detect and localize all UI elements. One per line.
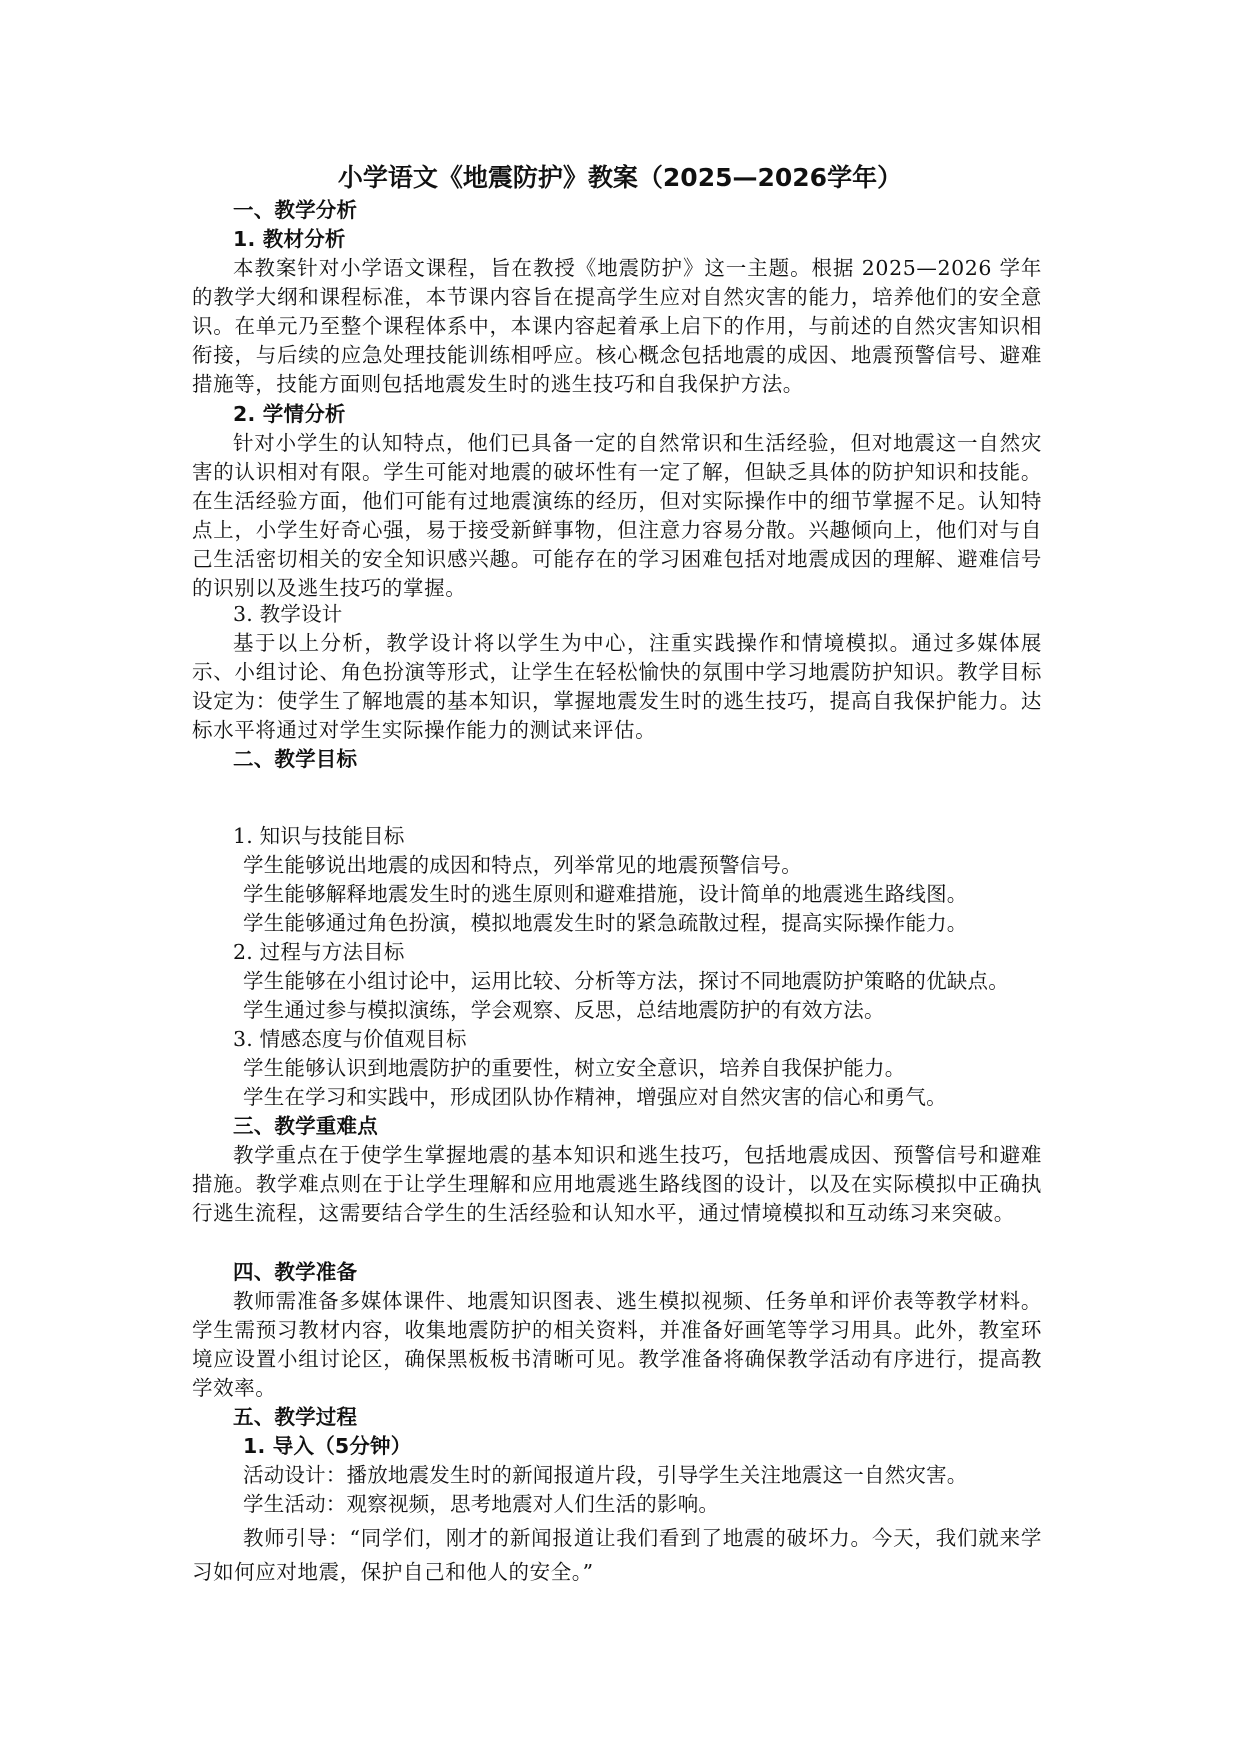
paragraph-preparation: 教师需准备多媒体课件、地震知识图表、逃生模拟视频、任务单和评价表等教学材料。学生…: [192, 1287, 1042, 1403]
objective-heading-process: 2. 过程与方法目标: [233, 938, 405, 966]
objective-item: 学生能够通过角色扮演，模拟地震发生时的紧急疏散过程，提高实际操作能力。: [243, 909, 968, 937]
paragraph-student-analysis: 针对小学生的认知特点，他们已具备一定的自然常识和生活经验，但对地震这一自然灾害的…: [192, 429, 1042, 603]
section-heading-analysis: 一、教学分析: [233, 196, 357, 224]
section-heading-objectives: 二、教学目标: [233, 745, 357, 773]
objective-item: 学生能够解释地震发生时的逃生原则和避难措施，设计简单的地震逃生路线图。: [243, 880, 968, 908]
step-heading-introduction: 1. 导入（5分钟）: [243, 1432, 411, 1460]
paragraph-teaching-design: 基于以上分析，教学设计将以学生为中心，注重实践操作和情境模拟。通过多媒体展示、小…: [192, 629, 1042, 745]
subheading-textbook-analysis: 1. 教材分析: [233, 225, 346, 253]
section-heading-key-points: 三、教学重难点: [233, 1112, 378, 1140]
objective-item: 学生在学习和实践中，形成团队协作精神，增强应对自然灾害的信心和勇气。: [243, 1083, 947, 1111]
subheading-teaching-design: 3. 教学设计: [233, 600, 342, 628]
paragraph-textbook-analysis: 本教案针对小学语文课程，旨在教授《地震防护》这一主题。根据 2025—2026 …: [192, 254, 1042, 399]
subheading-student-analysis: 2. 学情分析: [233, 400, 346, 428]
activity-design-line: 活动设计：播放地震发生时的新闻报道片段，引导学生关注地震这一自然灾害。: [243, 1461, 968, 1489]
paragraph-key-points: 教学重点在于使学生掌握地震的基本知识和逃生技巧，包括地震成因、预警信号和避难措施…: [192, 1141, 1042, 1228]
objective-item: 学生通过参与模拟演练，学会观察、反思，总结地震防护的有效方法。: [243, 996, 885, 1024]
objective-item: 学生能够认识到地震防护的重要性，树立安全意识，培养自我保护能力。: [243, 1054, 905, 1082]
teacher-guide-paragraph: 教师引导：“同学们，刚才的新闻报道让我们看到了地震的破坏力。今天，我们就来学习如…: [192, 1521, 1042, 1589]
objective-heading-knowledge: 1. 知识与技能目标: [233, 822, 405, 850]
section-heading-process: 五、教学过程: [233, 1403, 357, 1431]
document-title: 小学语文《地震防护》教案（2025—2026学年）: [0, 162, 1240, 194]
document-page: 小学语文《地震防护》教案（2025—2026学年） 一、教学分析 1. 教材分析…: [0, 0, 1240, 1753]
student-activity-line: 学生活动：观察视频，思考地震对人们生活的影响。: [243, 1490, 719, 1518]
objective-heading-values: 3. 情感态度与价值观目标: [233, 1025, 467, 1053]
objective-item: 学生能够说出地震的成因和特点，列举常见的地震预警信号。: [243, 851, 802, 879]
section-heading-preparation: 四、教学准备: [233, 1258, 357, 1286]
objective-item: 学生能够在小组讨论中，运用比较、分析等方法，探讨不同地震防护策略的优缺点。: [243, 967, 1009, 995]
